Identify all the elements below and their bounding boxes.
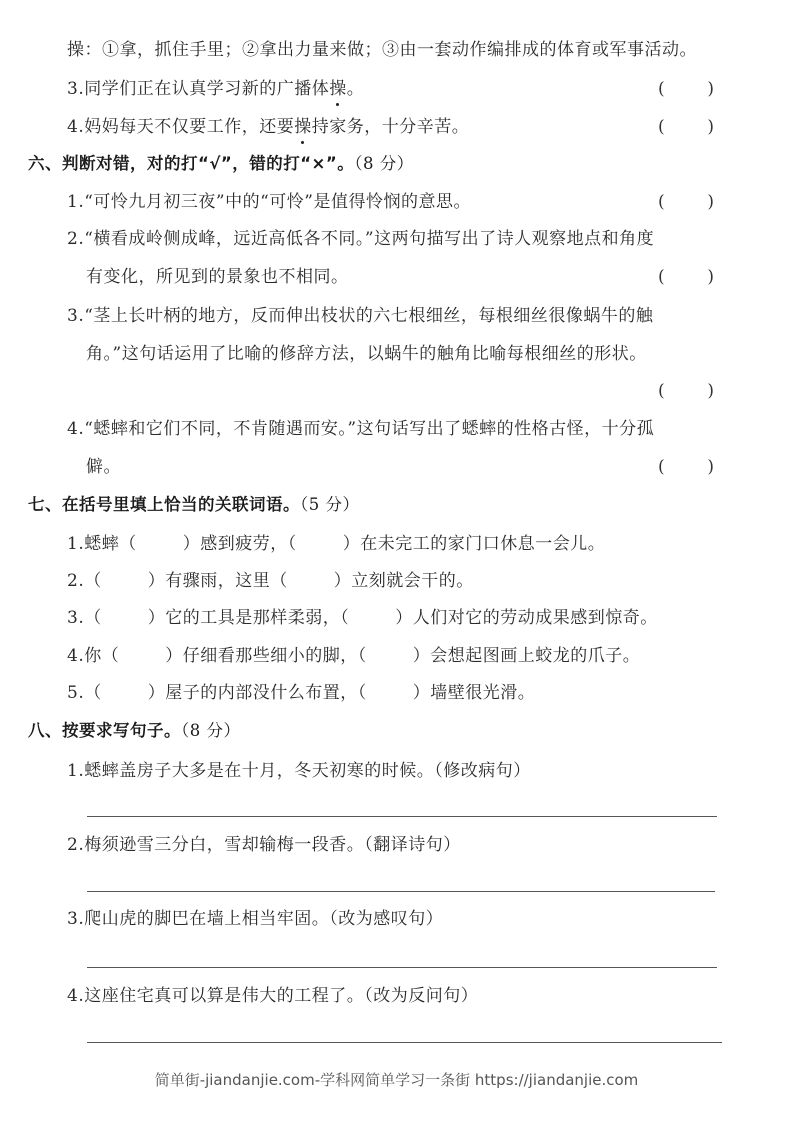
section7-item-3: 3.（）它的工具是那样柔弱，（）人们对它的劳动成果感到惊奇。	[67, 607, 658, 629]
answer-line[interactable]	[87, 891, 715, 892]
section8-heading: 八、按要求写句子。（8 分）	[28, 720, 241, 742]
section6-item-1: 1.“可怜九月初三夜”中的“可怜”是值得怜悯的意思。	[67, 191, 471, 213]
answer-line[interactable]	[87, 816, 717, 817]
section7-item-2: 2.（）有骤雨，这里（）立刻就会干的。	[67, 570, 474, 592]
footer-watermark: 简单街-jiandanjie.com-学科网简单学习一条街 https://ji…	[0, 1069, 793, 1090]
section5-item-3: 3.同学们正在认真学习新的广播体操。	[67, 78, 364, 100]
item-text: 同学们正在认真学习新的广播体	[84, 79, 329, 99]
answer-parens[interactable]: ()	[658, 456, 714, 478]
answer-parens[interactable]: ()	[658, 191, 714, 213]
section6-heading: 六、判断对错，对的打“√”，错的打“×”。（8 分）	[28, 153, 414, 175]
section6-item-2-line1: 2.“横看成岭侧成峰，远近高低各不同。”这两句描写出了诗人观察地点和角度	[67, 228, 654, 250]
section7-heading: 七、在括号里填上恰当的关联词语。（5 分）	[28, 494, 360, 516]
section8-item-3: 3.爬山虎的脚巴在墙上相当牢固。（改为感叹句）	[67, 908, 443, 930]
section5-item-4: 4.妈妈每天不仅要工作，还要操持家务，十分辛苦。	[67, 116, 469, 138]
item-number: 3.	[67, 79, 84, 99]
answer-parens[interactable]: ()	[658, 78, 714, 100]
item-number: 4.	[67, 117, 84, 137]
item-text: 。	[347, 79, 365, 99]
item-text: 持家务，十分辛苦。	[312, 117, 470, 137]
section8-item-4: 4.这座住宅真可以算是伟大的工程了。（改为反问句）	[67, 985, 478, 1007]
section6-item-4-line1: 4.“蟋蟀和它们不同，不肯随遇而安。”这句话写出了蟋蟀的性格古怪，十分孤	[67, 418, 654, 440]
section8-item-1: 1.蟋蟀盖房子大多是在十月，冬天初寒的时候。（修改病句）	[67, 760, 531, 782]
answer-parens[interactable]: ()	[658, 266, 714, 288]
answer-line[interactable]	[87, 967, 717, 968]
answer-line[interactable]	[87, 1042, 722, 1043]
definition-line: 操：①拿，抓住手里；②拿出力量来做；③由一套动作编排成的体育或军事活动。	[67, 39, 697, 61]
item-text: 妈妈每天不仅要工作，还要	[84, 117, 294, 137]
section6-item-3-line1: 3.“茎上长叶柄的地方，反而伸出枝状的六七根细丝，每根细丝很像蜗牛的触	[67, 305, 653, 327]
section7-item-5: 5.（）屋子的内部没什么布置，（）墙壁很光滑。	[67, 682, 535, 704]
answer-parens[interactable]: ()	[658, 116, 714, 138]
section6-item-4-line2: 僻。	[86, 456, 121, 478]
dotted-char: 操	[329, 79, 347, 99]
section6-item-3-line2: 角。”这句话运用了比喻的修辞方法，以蜗牛的触角比喻每根细丝的形状。	[86, 343, 647, 365]
dotted-char: 操	[294, 117, 312, 137]
section8-item-2: 2.梅须逊雪三分白，雪却输梅一段香。（翻译诗句）	[67, 834, 461, 856]
section7-item-4: 4.你（）仔细看那些细小的脚，（）会想起图画上蛟龙的爪子。	[67, 645, 640, 667]
section6-item-2-line2: 有变化，所见到的景象也不相同。	[86, 266, 349, 288]
answer-parens[interactable]: ()	[658, 380, 714, 402]
section7-item-1: 1.蟋蟀（）感到疲劳，（）在未完工的家门口休息一会儿。	[67, 533, 605, 555]
